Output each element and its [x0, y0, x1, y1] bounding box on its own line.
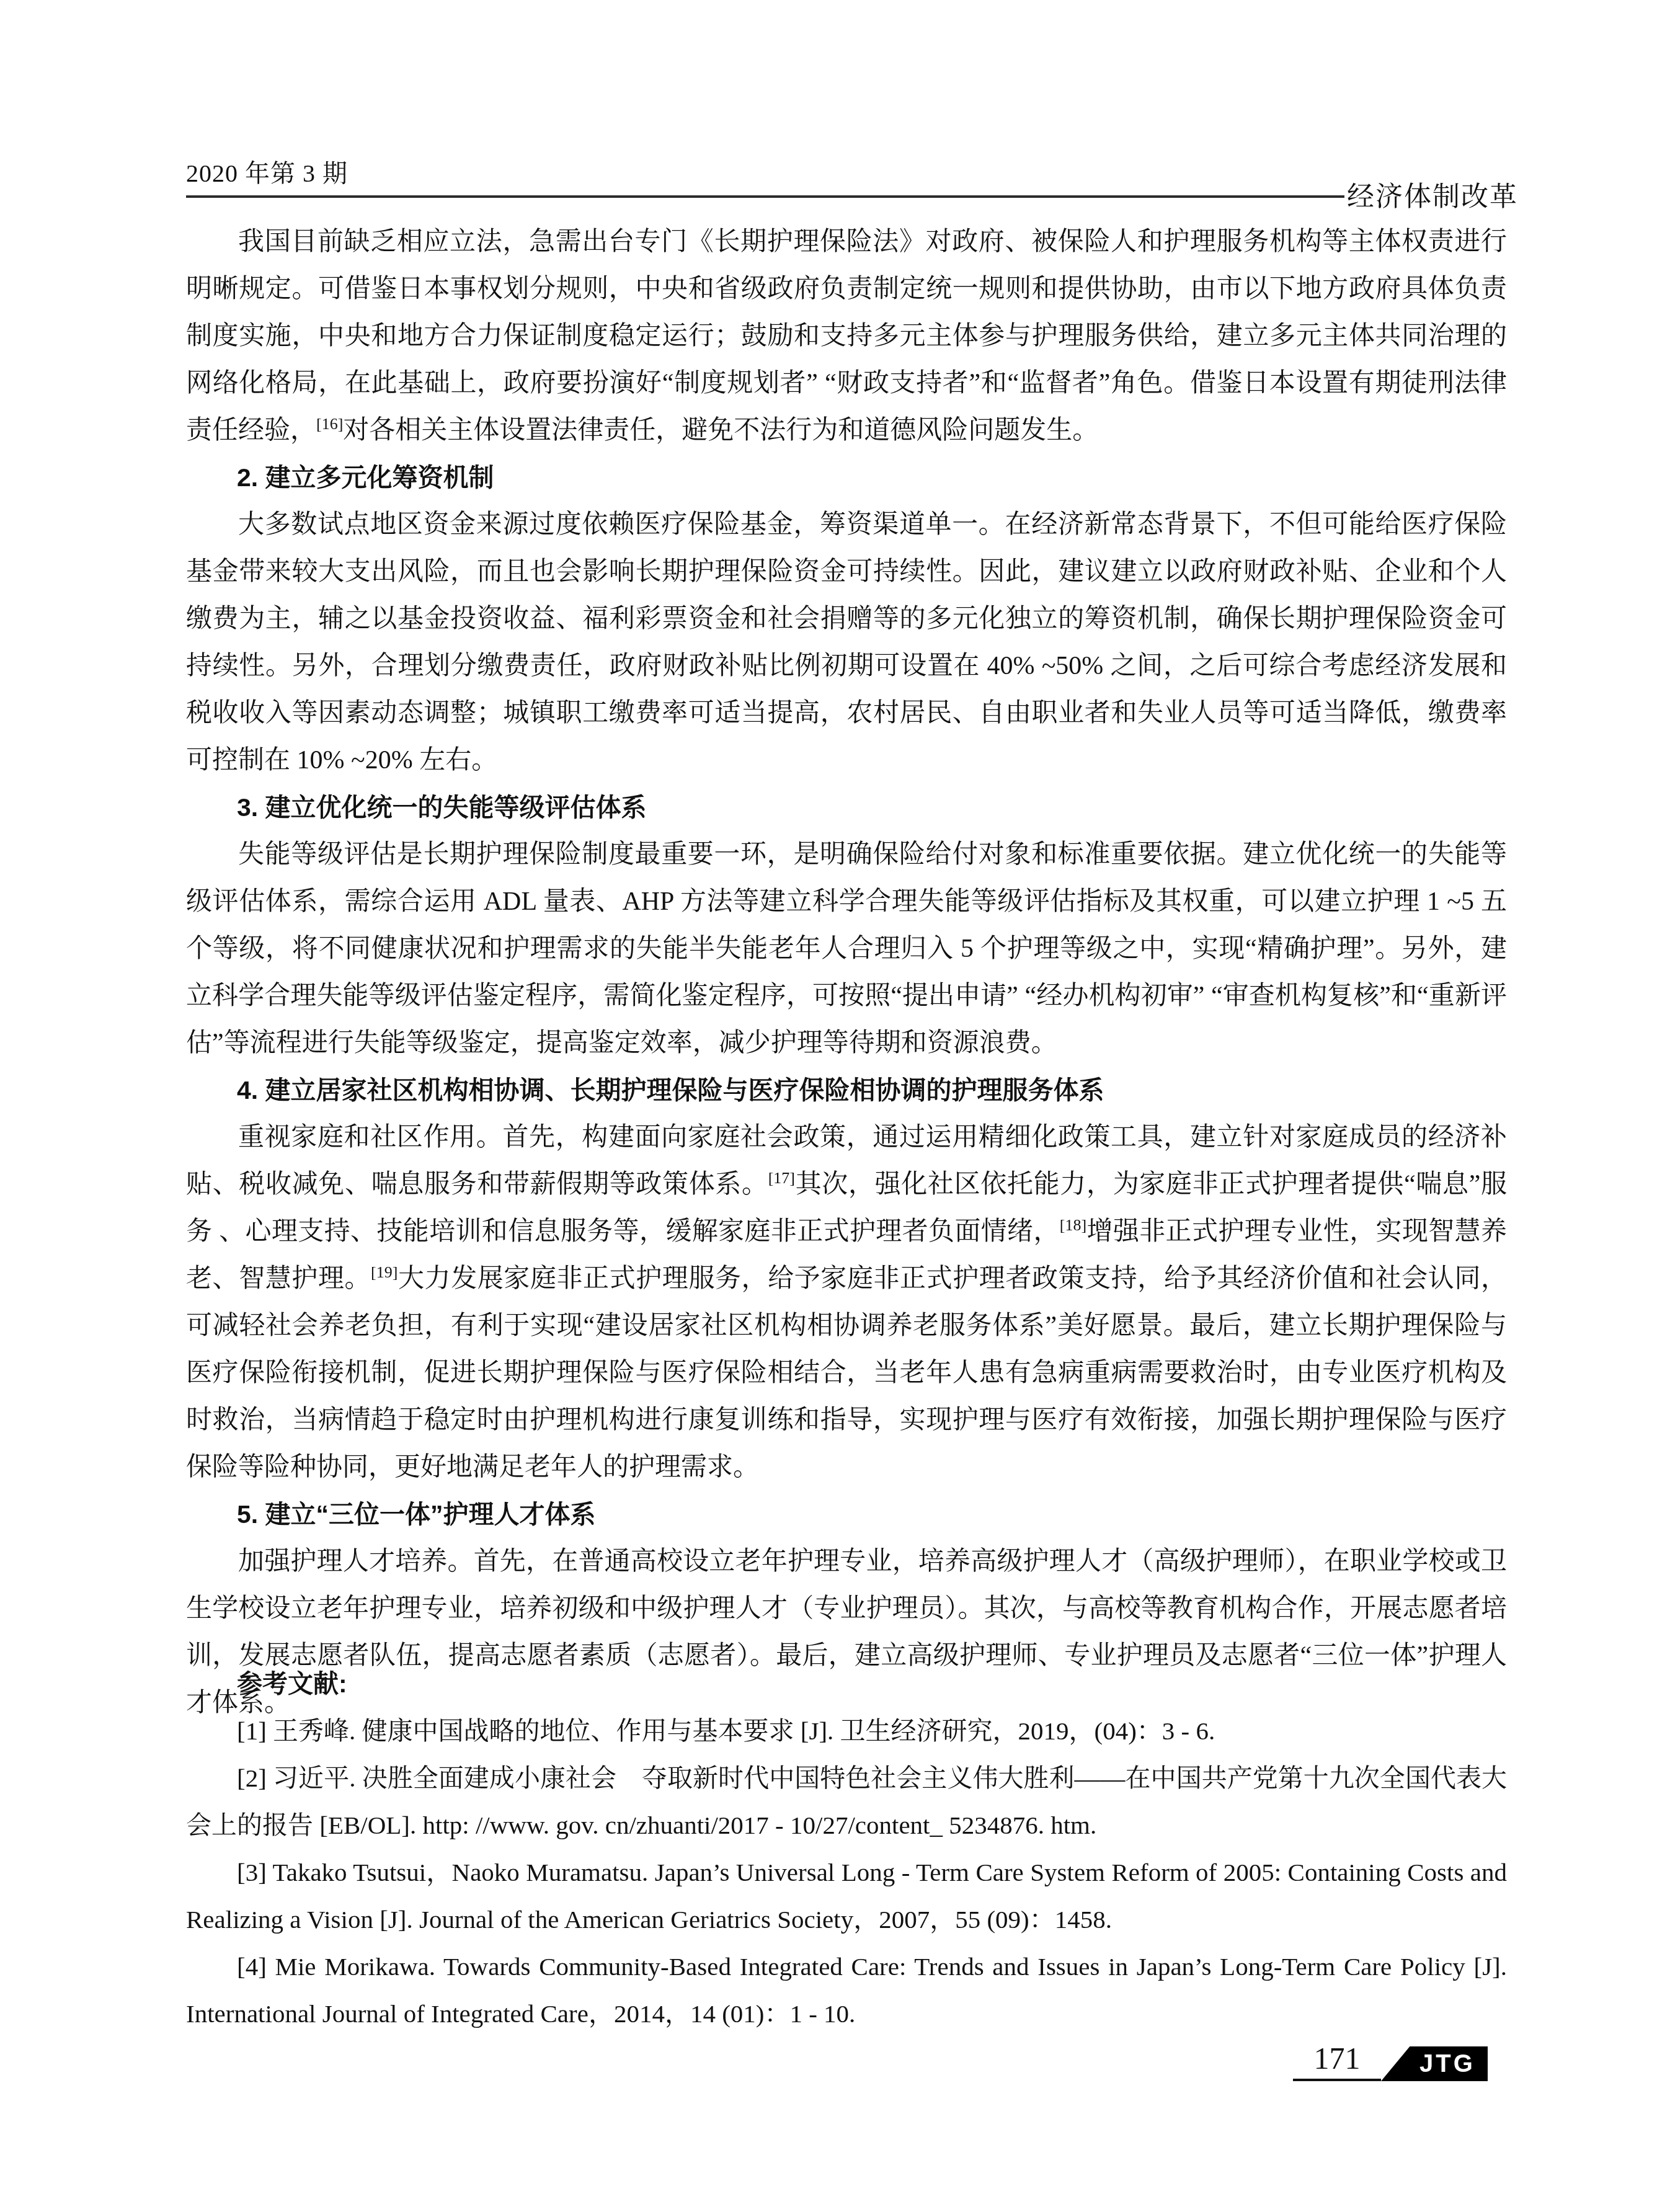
reference-list: [1] 王秀峰. 健康中国战略的地位、作用与基本要求 [J]. 卫生经济研究，2… [186, 1707, 1507, 2037]
reference-item: [1] 王秀峰. 健康中国战略的地位、作用与基本要求 [J]. 卫生经济研究，2… [186, 1707, 1507, 1754]
header-issue-label: 2020 年第 3 期 [186, 159, 348, 189]
references-section: 参考文献: [1] 王秀峰. 健康中国战略的地位、作用与基本要求 [J]. 卫生… [186, 1660, 1507, 2037]
journal-page: 2020 年第 3 期 经济体制改革 我国目前缺乏相应立法，急需出台专门《长期护… [0, 0, 1670, 2212]
body-paragraph: 失能等级评估是长期护理保险制度最重要一环，是明确保险给付对象和标准重要依据。建立… [186, 831, 1507, 1067]
reference-item: [4] Mie Morikawa. Towards Community-Base… [186, 1943, 1507, 2037]
citation-superscript: [16] [316, 415, 343, 433]
citation-superscript: [18] [1060, 1216, 1086, 1234]
section-heading: 2. 建立多元化筹资机制 [186, 454, 1507, 501]
citation-superscript: [19] [371, 1263, 398, 1281]
section-heading: 5. 建立“三位一体”护理人才体系 [186, 1491, 1507, 1538]
body-paragraph: 重视家庭和社区作用。首先，构建面向家庭社会政策，通过运用精细化政策工具，建立针对… [186, 1114, 1507, 1491]
publisher-logo-text: JTG [1419, 2050, 1475, 2078]
page-number-text: 171 [1314, 2041, 1361, 2076]
body-paragraph: 大多数试点地区资金来源过度依赖医疗保险基金，筹资渠道单一。在经济新常态背景下，不… [186, 501, 1507, 784]
article-body: 我国目前缺乏相应立法，急需出台专门《长期护理保险法》对政府、被保险人和护理服务机… [186, 218, 1507, 1726]
body-paragraph: 我国目前缺乏相应立法，急需出台专门《长期护理保险法》对政府、被保险人和护理服务机… [186, 218, 1507, 454]
publisher-logo: JTG [1381, 2046, 1488, 2081]
reference-item: [3] Takako Tsutsui，Naoko Muramatsu. Japa… [186, 1849, 1507, 1943]
references-heading: 参考文献: [186, 1660, 1507, 1707]
section-heading: 4. 建立居家社区机构相协调、长期护理保险与医疗保险相协调的护理服务体系 [186, 1067, 1507, 1114]
reference-item: [2] 习近平. 决胜全面建成小康社会 夺取新时代中国特色社会主义伟大胜利——在… [186, 1754, 1507, 1849]
page-number: 171 [1293, 2043, 1381, 2081]
header-journal-name: 经济体制改革 [1347, 182, 1518, 212]
citation-superscript: [17] [768, 1169, 795, 1187]
section-heading: 3. 建立优化统一的失能等级评估体系 [186, 784, 1507, 831]
header-rule [186, 195, 1344, 198]
page-footer: 171 JTG [1293, 2043, 1488, 2081]
